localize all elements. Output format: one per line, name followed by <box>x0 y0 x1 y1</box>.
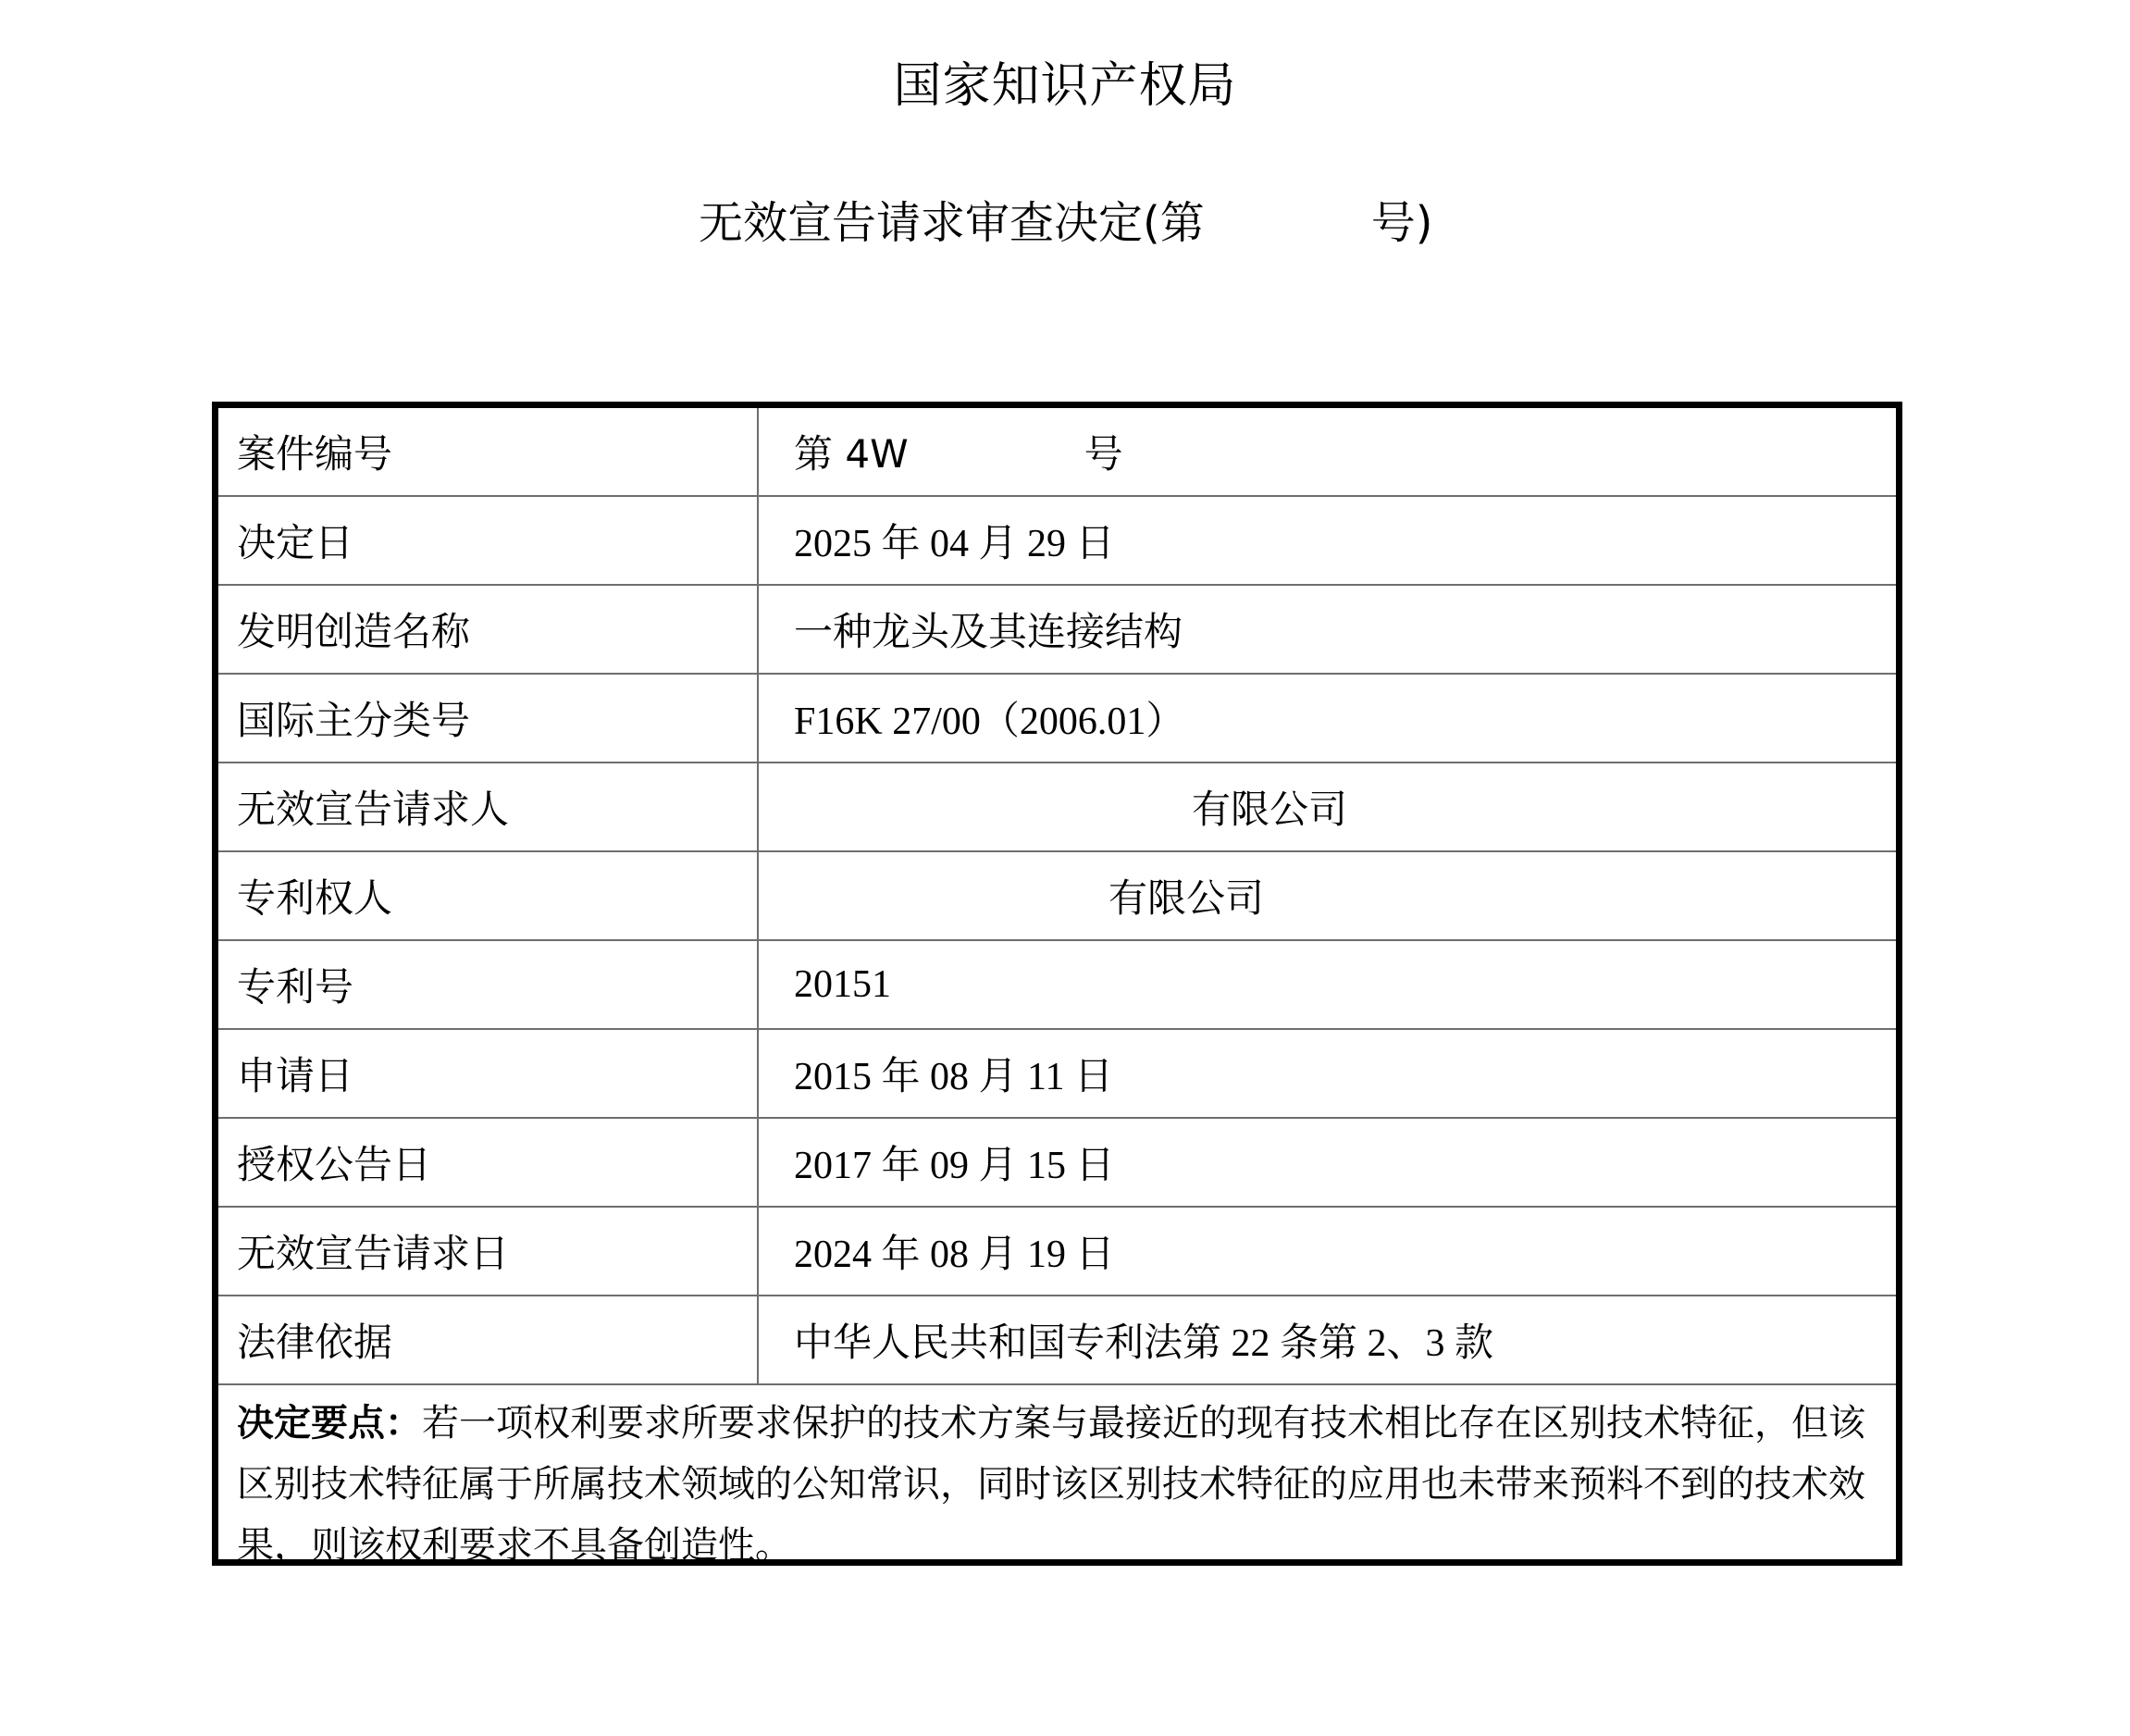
requester-name-suffix: 有限公司 <box>1192 779 1347 835</box>
row-value: 20151 <box>759 941 1896 1028</box>
table-row-filing-date: 申请日 2015 年 08 月 11 日 <box>218 1030 1896 1119</box>
row-value: 第 4W 号 <box>759 408 1896 495</box>
row-label: 法律依据 <box>218 1296 759 1383</box>
table-row-case-number: 案件编号 第 4W 号 <box>218 408 1896 497</box>
summary-text: 若一项权利要求所要求保护的技术方案与最接近的现有技术相比存在区别技术特征，但该区… <box>237 1402 1865 1567</box>
case-number-prefix: 第 4W <box>794 424 909 479</box>
row-value: F16K 27/00（2006.01） <box>759 675 1896 762</box>
table-row-ipc-class: 国际主分类号 F16K 27/00（2006.01） <box>218 675 1896 763</box>
row-label: 决定日 <box>218 497 759 584</box>
row-label: 无效宣告请求日 <box>218 1208 759 1295</box>
row-label: 专利权人 <box>218 852 759 939</box>
table-row-patent-number: 专利号 20151 <box>218 941 1896 1030</box>
row-value: 一种龙头及其连接结构 <box>759 586 1896 673</box>
row-label: 无效宣告请求人 <box>218 763 759 850</box>
row-label: 案件编号 <box>218 408 759 495</box>
decision-title-suffix: 号) <box>1371 197 1433 249</box>
table-row-invention-name: 发明创造名称 一种龙头及其连接结构 <box>218 586 1896 675</box>
table-row-request-date: 无效宣告请求日 2024 年 08 月 19 日 <box>218 1208 1896 1296</box>
summary-label: 决定要点： <box>237 1402 422 1445</box>
table-row-decision-date: 决定日 2025 年 04 月 29 日 <box>218 497 1896 586</box>
row-value: 中华人民共和国专利法第 22 条第 2、3 款 <box>759 1296 1896 1383</box>
row-value: 2025 年 04 月 29 日 <box>759 497 1896 584</box>
row-value: 2024 年 08 月 19 日 <box>759 1208 1896 1295</box>
table-row-grant-date: 授权公告日 2017 年 09 月 15 日 <box>218 1119 1896 1208</box>
patentee-name-suffix: 有限公司 <box>1108 868 1264 924</box>
table-row-requester: 无效宣告请求人 有限公司 <box>218 763 1896 852</box>
agency-title: 国家知识产权局 <box>0 54 2130 118</box>
decision-summary: 决定要点：若一项权利要求所要求保护的技术方案与最接近的现有技术相比存在区别技术特… <box>218 1385 1896 1570</box>
table-row-patentee: 专利权人 有限公司 <box>218 852 1896 941</box>
row-value: 有限公司 <box>759 763 1896 850</box>
row-label: 申请日 <box>218 1030 759 1117</box>
case-number-suffix: 号 <box>1084 424 1123 479</box>
row-value: 2015 年 08 月 11 日 <box>759 1030 1896 1117</box>
row-label: 专利号 <box>218 941 759 1028</box>
row-label: 国际主分类号 <box>218 675 759 762</box>
row-value: 2017 年 09 月 15 日 <box>759 1119 1896 1206</box>
row-label: 授权公告日 <box>218 1119 759 1206</box>
row-label: 发明创造名称 <box>218 586 759 673</box>
decision-title: 无效宣告请求审查决定(第号) <box>699 191 1457 255</box>
row-value: 有限公司 <box>759 852 1896 939</box>
table-row-legal-basis: 法律依据 中华人民共和国专利法第 22 条第 2、3 款 <box>218 1296 1896 1385</box>
decision-info-table: 案件编号 第 4W 号 决定日 2025 年 04 月 29 日 发明创造名称 … <box>212 402 1902 1566</box>
decision-title-prefix: 无效宣告请求审查决定(第 <box>699 197 1205 249</box>
